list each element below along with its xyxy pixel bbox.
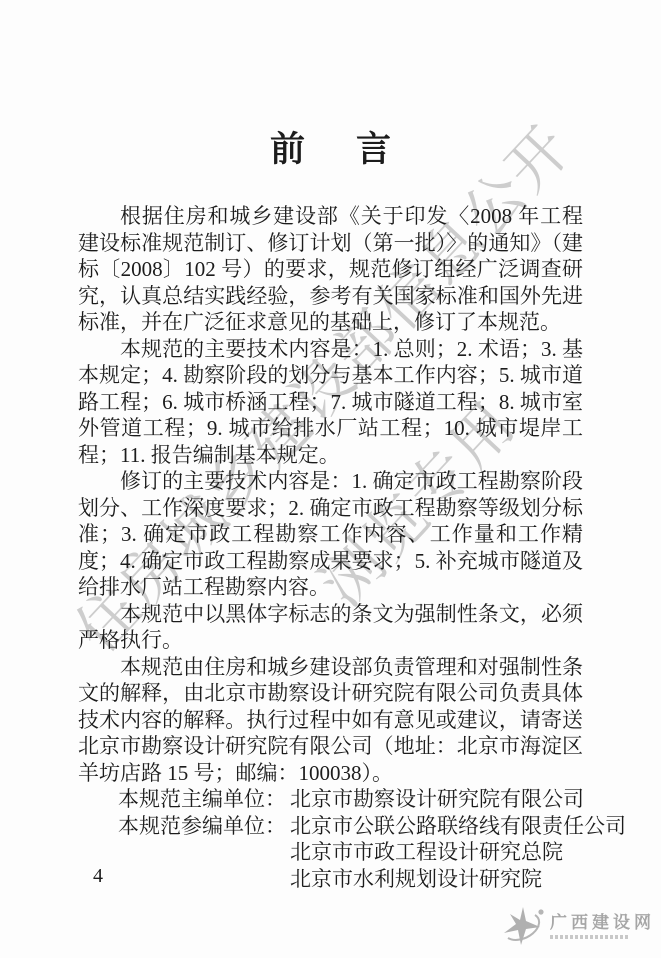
body-text: 根据住房和城乡建设部《关于印发〈2008 年工程建设标准规范制订、修订计划（第一… bbox=[78, 203, 583, 786]
paragraph-2: 本规范的主要技术内容是：1. 总则；2. 术语；3. 基本规定；4. 勘察阶段的… bbox=[78, 336, 583, 469]
chief-editor-label: 本规范主编单位： bbox=[118, 786, 284, 813]
participant-editor-value-3: 北京市水利规划设计研究院 bbox=[290, 866, 583, 893]
participant-editor-line: 本规范参编单位：北京市公联公路联络线有限责任公司 bbox=[78, 813, 583, 840]
document-content: 前 言 根据住房和城乡建设部《关于印发〈2008 年工程建设标准规范制订、修订计… bbox=[78, 131, 583, 892]
editor-units-block: 本规范主编单位：北京市勘察设计研究院有限公司 本规范参编单位：北京市公联公路联络… bbox=[78, 786, 583, 892]
paragraph-4: 本规范中以黑体字标志的条文为强制性条文，必须严格执行。 bbox=[78, 601, 583, 654]
site-logo: 广西建设网 bbox=[498, 902, 655, 950]
site-logo-subtext bbox=[550, 935, 630, 939]
chief-editor-value: 北京市勘察设计研究院有限公司 bbox=[290, 786, 584, 813]
participant-editor-value-2: 北京市市政工程设计研究总院 bbox=[290, 839, 583, 866]
scanned-document-page: 住房城乡建设部信息公开 浏览专用 前 言 根据住房和城乡建设部《关于印发〈200… bbox=[0, 0, 661, 958]
chief-editor-line: 本规范主编单位：北京市勘察设计研究院有限公司 bbox=[78, 786, 583, 813]
participant-editor-value-1: 北京市公联公路联络线有限责任公司 bbox=[290, 813, 626, 840]
site-logo-text-group: 广西建设网 bbox=[550, 913, 655, 939]
site-logo-name: 广西建设网 bbox=[550, 913, 655, 933]
star-icon bbox=[498, 902, 546, 950]
page-number: 4 bbox=[93, 864, 103, 888]
paragraph-1: 根据住房和城乡建设部《关于印发〈2008 年工程建设标准规范制订、修订计划（第一… bbox=[78, 203, 583, 336]
paragraph-3: 修订的主要技术内容是：1. 确定市政工程勘察阶段划分、工作深度要求；2. 确定市… bbox=[78, 468, 583, 601]
participant-editor-label: 本规范参编单位： bbox=[118, 813, 284, 840]
page-title: 前 言 bbox=[78, 131, 583, 169]
paragraph-5: 本规范由住房和城乡建设部负责管理和对强制性条文的解释，由北京市勘察设计研究院有限… bbox=[78, 654, 583, 787]
